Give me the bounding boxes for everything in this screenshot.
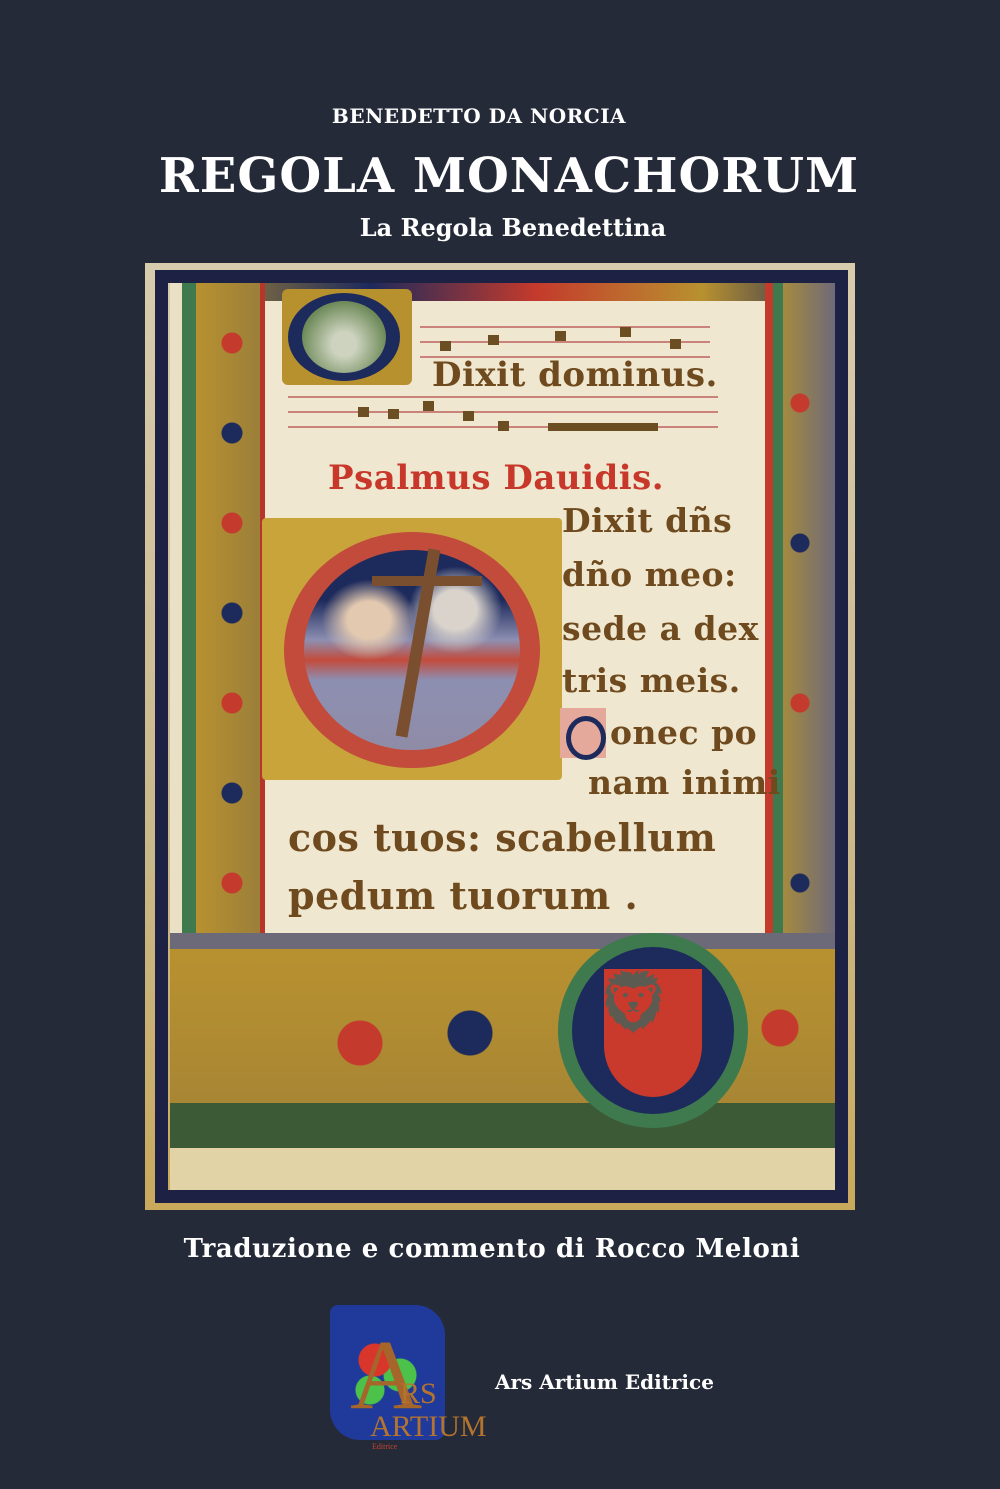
lion-icon: 🦁︎: [594, 971, 673, 1033]
cover-illustration-frame: Dixit dominus. Psalmus Dauidis. Dixit dñ…: [145, 263, 855, 1210]
manuscript-line: onec po: [610, 713, 757, 752]
manuscript-line: dño meo:: [562, 555, 737, 594]
page-margin: [170, 1148, 835, 1190]
book-title: REGOLA MONACHORUM: [0, 148, 1000, 204]
manuscript-line: sede a dex: [562, 609, 759, 648]
book-subtitle: La Regola Benedettina: [0, 213, 1000, 242]
logo-artium: ARTIUM: [370, 1410, 487, 1444]
translator-credit: Traduzione e commento di Rocco Meloni: [0, 1234, 984, 1264]
illuminated-initial-small: [282, 289, 412, 385]
logo-rs: RS: [400, 1377, 437, 1411]
music-staff: [288, 383, 718, 441]
logo-editrice: Editrice: [372, 1442, 397, 1451]
manuscript-page: Dixit dominus. Psalmus Dauidis. Dixit dñ…: [170, 283, 835, 1190]
manuscript-line: nam inimi: [588, 763, 781, 802]
manuscript-line: Dixit dñs: [562, 501, 732, 540]
ornament-top-border: [170, 283, 835, 301]
author-name: BENEDETTO DA NORCIA: [0, 104, 958, 128]
manuscript-line: cos tuos: scabellum: [288, 815, 716, 860]
coat-of-arms: 🦁︎: [558, 933, 748, 1128]
illuminated-initial-trinity: [262, 518, 562, 780]
illuminated-initial-d: [560, 708, 606, 758]
miniature-scene-icon: [302, 301, 386, 373]
publisher-name: Ars Artium Editrice: [495, 1370, 714, 1394]
manuscript-line: pedum tuorum .: [288, 873, 638, 918]
publisher-logo: A RS ARTIUM Editrice: [330, 1305, 485, 1455]
manuscript-line: tris meis.: [562, 661, 741, 700]
manuscript-rubric: Psalmus Dauidis.: [328, 458, 664, 498]
